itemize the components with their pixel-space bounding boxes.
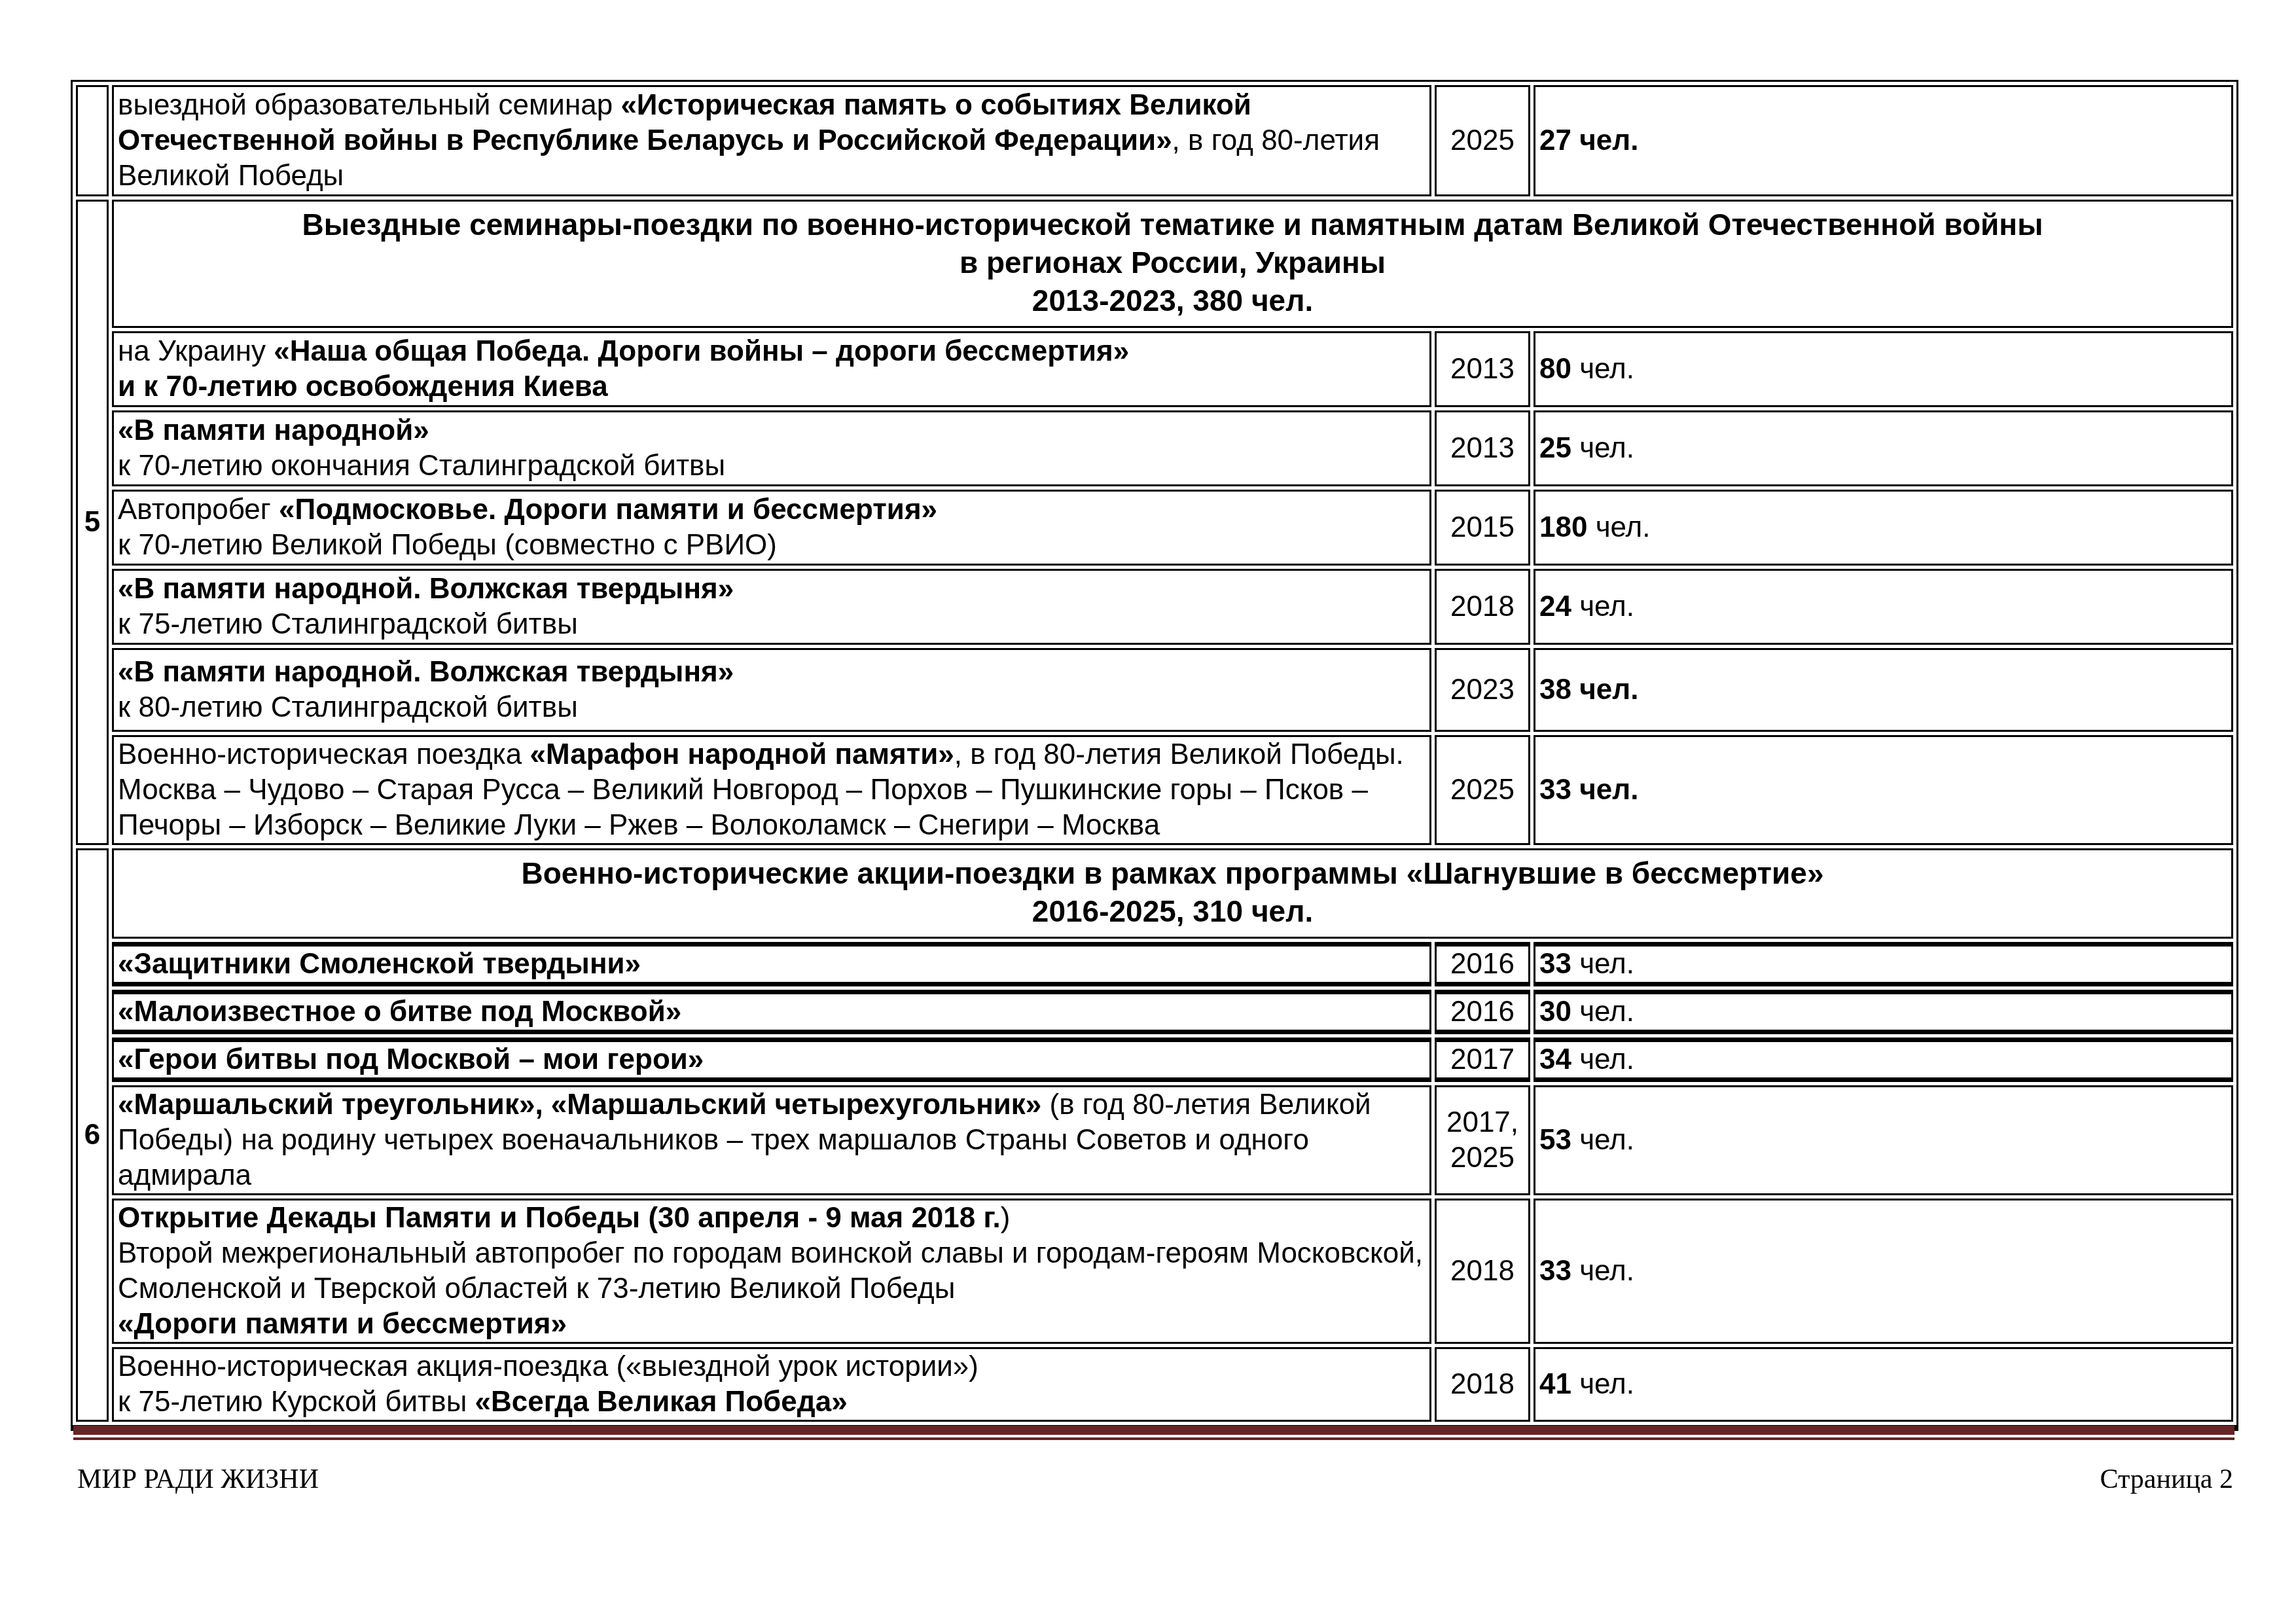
bold-text: «Всегда Великая Победа» xyxy=(475,1386,848,1418)
event-description: «Малоизвестное о битве под Москвой» xyxy=(112,990,1431,1034)
description-line: «Защитники Смоленской твердыни» xyxy=(118,947,1426,982)
bold-text: «Дороги памяти и бессмертия» xyxy=(118,1308,567,1340)
table-row: выездной образовательный семинар «Истори… xyxy=(76,85,2233,196)
description-line: к 70-летию окончания Сталинградской битв… xyxy=(118,448,1426,484)
event-year: 2016 xyxy=(1435,942,1530,986)
table-row: «В памяти народной. Волжская твердыня»к … xyxy=(76,648,2233,732)
count-number: 80 xyxy=(1539,353,1571,385)
description-line: Открытие Декады Памяти и Победы (30 апре… xyxy=(118,1200,1426,1236)
table-row: «Маршальский треугольник», «Маршальский … xyxy=(76,1085,2233,1195)
text: к 75-летию Сталинградской битвы xyxy=(118,608,578,640)
text: Автопробег xyxy=(118,494,279,526)
event-year: 2017,2025 xyxy=(1435,1085,1530,1195)
participants-count: 30 чел. xyxy=(1534,990,2233,1034)
text: на Украину xyxy=(118,335,274,367)
section-number: 6 xyxy=(76,848,109,1422)
bold-text: «Подмосковье. Дороги памяти и бессмертия… xyxy=(279,494,937,526)
year-line: 2025 xyxy=(1437,1140,1528,1176)
description-line: «В памяти народной. Волжская твердыня» xyxy=(118,655,1426,690)
table-row: Автопробег «Подмосковье. Дороги памяти и… xyxy=(76,490,2233,566)
section-header-row: 6Военно-исторические акции-поездки в рам… xyxy=(76,848,2233,939)
event-year: 2013 xyxy=(1435,410,1530,486)
text: к 75-летию Курской битвы xyxy=(118,1386,475,1418)
count-number: 34 xyxy=(1539,1043,1571,1075)
count-number: 25 xyxy=(1539,432,1571,464)
description-line: Автопробег «Подмосковье. Дороги памяти и… xyxy=(118,492,1426,528)
event-year: 2025 xyxy=(1435,85,1530,196)
description-line: «Малоизвестное о битве под Москвой» xyxy=(118,994,1426,1030)
description-line: к 75-летию Сталинградской битвы xyxy=(118,607,1426,642)
description-line: «В памяти народной» xyxy=(118,413,1426,448)
event-description: «В памяти народной. Волжская твердыня»к … xyxy=(112,648,1431,732)
count-number: 27 чел. xyxy=(1539,124,1638,156)
participants-count: 27 чел. xyxy=(1534,85,2233,196)
section-header-row: 5Выездные семинары-поездки по военно-ист… xyxy=(76,200,2233,328)
row-number xyxy=(76,85,109,196)
participants-count: 38 чел. xyxy=(1534,648,2233,732)
section-title-line: Выездные семинары-поездки по военно-исто… xyxy=(120,206,2225,244)
event-year: 2023 xyxy=(1435,648,1530,732)
participants-count: 34 чел. xyxy=(1534,1038,2233,1082)
count-unit: чел. xyxy=(1571,948,1634,980)
section-title-line: 2016-2025, 310 чел. xyxy=(120,892,2225,930)
event-year: 2017 xyxy=(1435,1038,1530,1082)
count-unit: чел. xyxy=(1587,511,1650,543)
count-number: 24 xyxy=(1539,590,1571,623)
table: выездной образовательный семинар «Истори… xyxy=(73,82,2236,1425)
bold-text: «Маршальский треугольник», «Маршальский … xyxy=(118,1089,1041,1121)
event-description: выездной образовательный семинар «Истори… xyxy=(112,85,1431,196)
event-description: Военно-историческая поездка «Марафон нар… xyxy=(112,735,1431,845)
table-row: «Герои битвы под Москвой – мои герои»201… xyxy=(76,1038,2233,1082)
bold-text: «Марафон народной памяти» xyxy=(530,738,954,770)
participants-count: 53 чел. xyxy=(1534,1085,2233,1195)
footer-page-number: Страница 2 xyxy=(2100,1464,2233,1495)
description-line: и к 70-летию освобождения Киева xyxy=(118,369,1426,405)
bold-text: «Герои битвы под Москвой – мои герои» xyxy=(118,1043,704,1075)
event-year: 2025 xyxy=(1435,735,1530,845)
activities-table: выездной образовательный семинар «Истори… xyxy=(71,80,2238,1431)
count-number: 180 xyxy=(1539,511,1587,543)
event-description: «Герои битвы под Москвой – мои герои» xyxy=(112,1038,1431,1082)
count-number: 38 xyxy=(1539,674,1571,706)
count-unit: чел. xyxy=(1571,1043,1634,1075)
section-title-line: Военно-исторические акции-поездки в рамк… xyxy=(120,854,2225,892)
description-line: «В памяти народной. Волжская твердыня» xyxy=(118,571,1426,607)
description-line: «Маршальский треугольник», «Маршальский … xyxy=(118,1087,1426,1193)
event-description: Открытие Декады Памяти и Победы (30 апре… xyxy=(112,1199,1431,1344)
bold-text: «В памяти народной. Волжская твердыня» xyxy=(118,573,734,605)
table-row: «Защитники Смоленской твердыни»201633 че… xyxy=(76,942,2233,986)
count-unit: чел. xyxy=(1571,590,1634,623)
bold-text: «Малоизвестное о битве под Москвой» xyxy=(118,996,681,1028)
footer-divider-thick xyxy=(73,1426,2234,1435)
participants-count: 33 чел. xyxy=(1534,1199,2233,1344)
count-unit: чел. xyxy=(1571,1255,1634,1287)
event-year: 2018 xyxy=(1435,569,1530,645)
count-unit: чел. xyxy=(1571,996,1634,1028)
section-title: Выездные семинары-поездки по военно-исто… xyxy=(112,200,2233,328)
event-description: «В памяти народной. Волжская твердыня»к … xyxy=(112,569,1431,645)
event-description: Автопробег «Подмосковье. Дороги памяти и… xyxy=(112,490,1431,566)
text: к 80-летию Сталинградской битвы xyxy=(118,691,578,723)
bold-text: и к 70-летию освобождения Киева xyxy=(118,370,608,403)
event-description: на Украину «Наша общая Победа. Дороги во… xyxy=(112,331,1431,407)
section-title-line: в регионах России, Украины xyxy=(120,244,2225,281)
bold-text: «В памяти народной. Волжская твердыня» xyxy=(118,656,734,688)
event-year: 2016 xyxy=(1435,990,1530,1034)
event-year: 2015 xyxy=(1435,490,1530,566)
footer-divider-thin xyxy=(73,1437,2234,1440)
section-title: Военно-исторические акции-поездки в рамк… xyxy=(112,848,2233,939)
description-line: к 70-летию Великой Победы (совместно с Р… xyxy=(118,528,1426,563)
event-year: 2013 xyxy=(1435,331,1530,407)
footer-org-name: МИР РАДИ ЖИЗНИ xyxy=(77,1464,319,1495)
text: к 70-летию окончания Сталинградской битв… xyxy=(118,450,725,482)
event-description: «Защитники Смоленской твердыни» xyxy=(112,942,1431,986)
table-row: «В памяти народной. Волжская твердыня»к … xyxy=(76,569,2233,645)
table-row: Военно-историческая акция-поездка («выез… xyxy=(76,1347,2233,1422)
table-row: Военно-историческая поездка «Марафон нар… xyxy=(76,735,2233,845)
count-unit: чел. xyxy=(1571,674,1638,706)
text: выездной образовательный семинар xyxy=(118,89,620,121)
count-number: 33 xyxy=(1539,948,1571,980)
section-number: 5 xyxy=(76,200,109,845)
count-number: 41 xyxy=(1539,1368,1571,1400)
count-number: 33 xyxy=(1539,1255,1571,1287)
text: Второй межрегиональный автопробег по гор… xyxy=(118,1237,1423,1305)
description-line: «Герои битвы под Москвой – мои герои» xyxy=(118,1042,1426,1077)
participants-count: 180 чел. xyxy=(1534,490,2233,566)
description-line: к 75-летию Курской битвы «Всегда Великая… xyxy=(118,1384,1426,1420)
count-unit: чел. xyxy=(1571,353,1634,385)
participants-count: 33 чел. xyxy=(1534,735,2233,845)
description-line: к 80-летию Сталинградской битвы xyxy=(118,690,1426,725)
description-line: на Украину «Наша общая Победа. Дороги во… xyxy=(118,334,1426,369)
participants-count: 24 чел. xyxy=(1534,569,2233,645)
bold-text: «Защитники Смоленской твердыни» xyxy=(118,948,641,980)
text: к 70-летию Великой Победы (совместно с Р… xyxy=(118,529,777,561)
description-line: Военно-историческая акция-поездка («выез… xyxy=(118,1349,1426,1384)
bold-text: «Наша общая Победа. Дороги войны – дорог… xyxy=(274,335,1129,367)
count-unit: чел. xyxy=(1571,1124,1634,1156)
event-description: «В памяти народной»к 70-летию окончания … xyxy=(112,410,1431,486)
text: ) xyxy=(1001,1202,1011,1234)
count-unit: чел. xyxy=(1571,774,1638,806)
text: Военно-историческая поездка xyxy=(118,738,530,770)
participants-count: 41 чел. xyxy=(1534,1347,2233,1422)
section-title-line: 2013-2023, 380 чел. xyxy=(120,281,2225,319)
count-unit: чел. xyxy=(1571,1368,1634,1400)
year-line: 2017, xyxy=(1437,1105,1528,1140)
event-description: Военно-историческая акция-поездка («выез… xyxy=(112,1347,1431,1422)
bold-text: Открытие Декады Памяти и Победы (30 апре… xyxy=(118,1202,1001,1234)
bold-text: «В памяти народной» xyxy=(118,414,429,446)
table-row: на Украину «Наша общая Победа. Дороги во… xyxy=(76,331,2233,407)
description-line: Военно-историческая поездка «Марафон нар… xyxy=(118,737,1426,843)
count-number: 30 xyxy=(1539,996,1571,1028)
event-description: «Маршальский треугольник», «Маршальский … xyxy=(112,1085,1431,1195)
event-year: 2018 xyxy=(1435,1199,1530,1344)
participants-count: 33 чел. xyxy=(1534,942,2233,986)
description-line: Второй межрегиональный автопробег по гор… xyxy=(118,1236,1426,1307)
table-row: Открытие Декады Памяти и Победы (30 апре… xyxy=(76,1199,2233,1344)
count-number: 33 xyxy=(1539,774,1571,806)
event-year: 2018 xyxy=(1435,1347,1530,1422)
count-unit: чел. xyxy=(1571,432,1634,464)
table-row: «В памяти народной»к 70-летию окончания … xyxy=(76,410,2233,486)
table-row: «Малоизвестное о битве под Москвой»20163… xyxy=(76,990,2233,1034)
description-line: «Дороги памяти и бессмертия» xyxy=(118,1307,1426,1342)
participants-count: 25 чел. xyxy=(1534,410,2233,486)
text: Военно-историческая акция-поездка («выез… xyxy=(118,1350,978,1382)
count-number: 53 xyxy=(1539,1124,1571,1156)
participants-count: 80 чел. xyxy=(1534,331,2233,407)
